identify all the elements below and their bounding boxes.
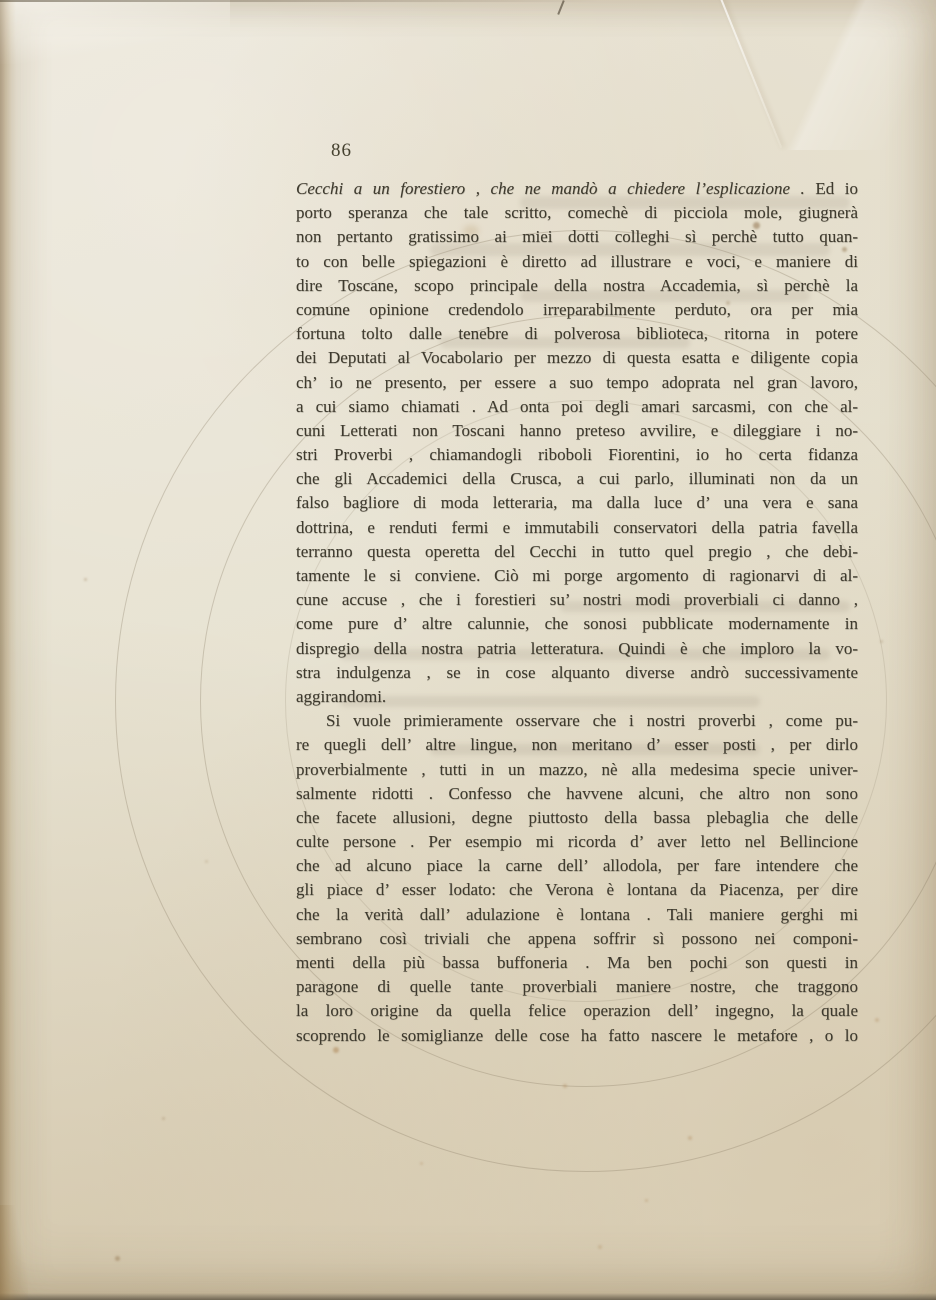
foxing-spot — [688, 1136, 692, 1140]
text-line: Si vuole primieramente osservare che i n… — [296, 709, 858, 733]
text-line: to con belle spiegazioni è diretto ad il… — [296, 250, 858, 274]
text-line: che ad alcuno piace la carne dell’ allod… — [296, 854, 858, 878]
page-top-left-highlight — [0, 0, 230, 64]
foxing-spot — [162, 1117, 165, 1120]
page-bottom-left-edge — [0, 1205, 28, 1300]
text-line: che gli Accademici della Crusca, a cui p… — [296, 467, 858, 491]
foxing-spot — [563, 1084, 567, 1088]
text-line: non pertanto gratissimo ai miei dotti co… — [296, 225, 858, 249]
page-number: 86 — [331, 140, 352, 162]
text-line: terranno questa operetta del Cecchi in t… — [296, 540, 858, 564]
foxing-spot — [205, 860, 208, 863]
text-line: cuni Letterati non Toscani hanno preteso… — [296, 419, 858, 443]
foxing-spot — [115, 1256, 120, 1261]
text-line: comune opinione credendolo irreparabilme… — [296, 298, 858, 322]
paragraph-1-last-line: aggirandomi. — [296, 685, 858, 709]
text-line: dispregio della nostra patria letteratur… — [296, 637, 858, 661]
text-line: porto speranza che tale scritto, comechè… — [296, 201, 858, 225]
foxing-spot — [84, 578, 87, 581]
text-line: la loro origine da quella felice operazi… — [296, 999, 858, 1023]
text-line: culte persone . Per esempio mi ricorda d… — [296, 830, 858, 854]
page-left-edge — [0, 0, 16, 1300]
text-line: fortuna tolto dalle tenebre di polverosa… — [296, 322, 858, 346]
text-line: sembrano così triviali che appena soffri… — [296, 927, 858, 951]
text-line: dottrina, e renduti fermi e immutabili c… — [296, 516, 858, 540]
page-top-edge — [0, 0, 599, 2]
text-line: paragone di quelle tante proverbiali man… — [296, 975, 858, 999]
paragraph-lead-line: Cecchi a un forestiero , che ne mandò a … — [296, 177, 858, 201]
text-block: Cecchi a un forestiero , che ne mandò a … — [296, 177, 858, 1048]
foxing-spot — [333, 1047, 339, 1053]
text-line: stri Proverbi , chiamandogli riboboli Fi… — [296, 443, 858, 467]
corner-crease-highlight — [738, 0, 936, 150]
paragraph-1-lines: porto speranza che tale scritto, comechè… — [296, 201, 858, 685]
text-line: che facete allusioni, degne piuttosto de… — [296, 806, 858, 830]
text-line: dire Toscane, scopo principale della nos… — [296, 274, 858, 298]
text-line: menti della più bassa buffoneria . Ma be… — [296, 951, 858, 975]
text-line: a cui siamo chiamati . Ad onta poi degli… — [296, 395, 858, 419]
text-line: scoprendo le somiglianze delle cose ha f… — [296, 1024, 858, 1048]
foxing-spot — [420, 1162, 423, 1165]
text-line: proverbialmente , tutti in un mazzo, nè … — [296, 758, 858, 782]
text-line: tamente le si conviene. Ciò mi porge arg… — [296, 564, 858, 588]
text-line: stra indulgenza , se in cose alquanto di… — [296, 661, 858, 685]
text-line: ch’ io ne presento, per essere a suo tem… — [296, 371, 858, 395]
foxing-spot — [875, 1018, 879, 1022]
book-page-scan: 86 Cecchi a un forestiero , che ne mandò… — [0, 0, 936, 1300]
paragraph-2: Si vuole primieramente osservare che i n… — [296, 709, 858, 1048]
text-line: cune accuse , che i forestieri su’ nostr… — [296, 588, 858, 612]
lead-italic-text: Cecchi a un forestiero , che ne mandò a … — [296, 179, 805, 198]
foxing-spot — [880, 640, 883, 643]
lead-roman-text: Ed io — [815, 179, 858, 198]
text-line: falso bagliore di moda letteraria, ma da… — [296, 491, 858, 515]
foxing-spot — [645, 1199, 648, 1202]
page-bottom-edge — [0, 1293, 936, 1300]
text-line: gli piace d’ esser lodato: che Verona è … — [296, 878, 858, 902]
text-line: che la verità dall’ adulazione è lontana… — [296, 903, 858, 927]
text-line: salmente ridotti . Confesso che havvene … — [296, 782, 858, 806]
paragraph-1: Cecchi a un forestiero , che ne mandò a … — [296, 177, 858, 709]
text-line: re quegli dell’ altre lingue, non merita… — [296, 733, 858, 757]
top-nick-mark — [557, 0, 564, 15]
foxing-spot — [598, 1245, 602, 1249]
text-line: come pure d’ altre calunnie, che sonosi … — [296, 612, 858, 636]
text-line: dei Deputati al Vocabolario per mezzo di… — [296, 346, 858, 370]
